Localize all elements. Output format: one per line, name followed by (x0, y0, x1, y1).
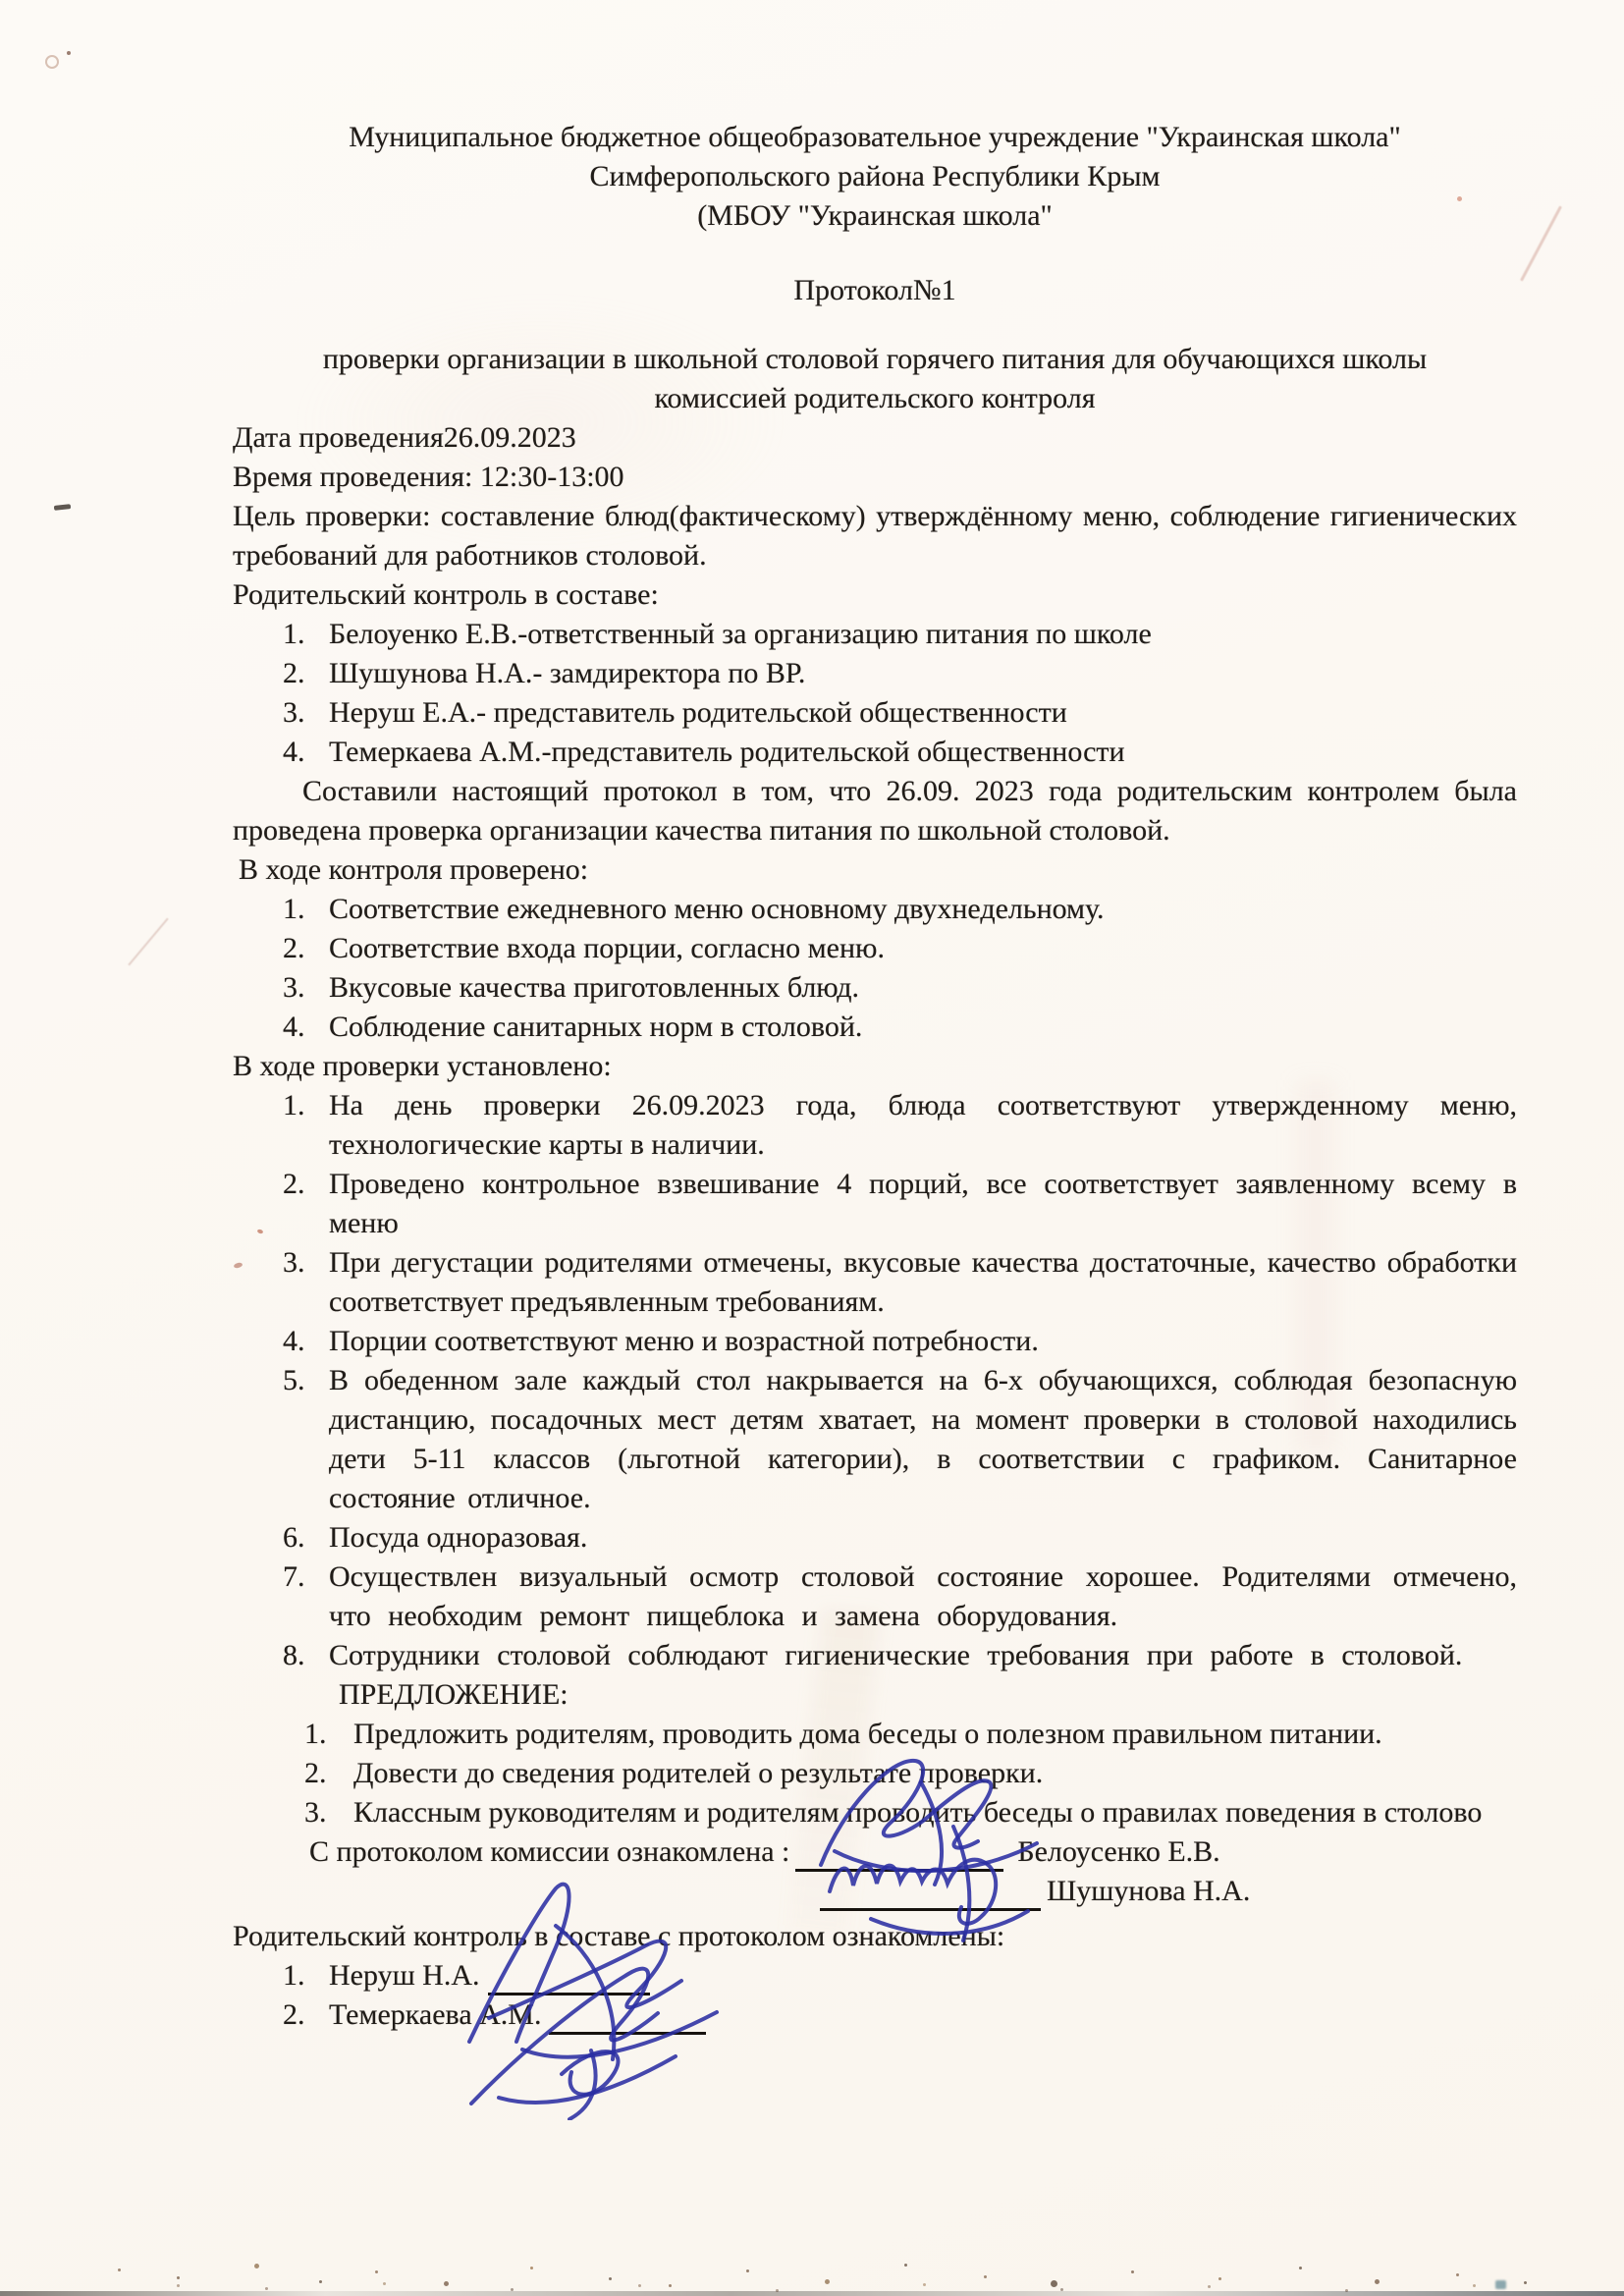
acknowledgement-row: С протоколом комиссии ознакомлена : Бело… (233, 1832, 1517, 1872)
established-item: 7. Осуществлен визуальный осмотр столово… (233, 1558, 1517, 1636)
established-text: Осуществлен визуальный осмотр столовой с… (329, 1558, 1517, 1636)
list-number: 1. (283, 890, 329, 929)
list-number: 7. (283, 1558, 329, 1597)
scan-bottom-edge (0, 2291, 1624, 2296)
committee-item: 3. Неруш Е.А.- представитель родительско… (233, 693, 1517, 733)
established-text: В обеденном зале каждый стол накрывается… (329, 1361, 1517, 1518)
signature-line (488, 1962, 650, 1995)
list-number: 6. (283, 1518, 329, 1558)
list-number: 4. (283, 1008, 329, 1047)
checked-text: Соблюдение санитарных норм в столовой. (329, 1008, 1517, 1047)
list-number: 1. (304, 1715, 353, 1754)
list-number: 5. (283, 1361, 329, 1400)
list-number: 1. (283, 615, 329, 654)
established-item: 1. На день проверки 26.09.2023 года, блю… (233, 1086, 1517, 1165)
proposal-text: Классным руководителям и родителям прово… (353, 1793, 1517, 1832)
list-number: 4. (283, 1322, 329, 1361)
proposal-text: Предложить родителям, проводить дома бес… (353, 1715, 1517, 1754)
list-number: 8. (283, 1636, 329, 1675)
established-text: Проведено контрольное взвешивание 4 порц… (329, 1165, 1517, 1243)
org-abbr-line: (МБОУ "Украинская школа" (233, 196, 1517, 236)
protocol-subtitle-line1: проверки организации в школьной столовой… (233, 340, 1517, 379)
list-number: 2. (283, 654, 329, 693)
established-item: 8. Сотрудники столовой соблюдают гигиени… (233, 1636, 1517, 1675)
scan-speckles (118, 2269, 121, 2271)
scan-dash-mark (54, 504, 71, 511)
established-item: 3. При дегустации родителями отмечены, в… (233, 1243, 1517, 1322)
committee-member: Неруш Е.А.- представитель родительской о… (329, 693, 1517, 733)
committee-member: Темеркаева А.М.-представитель родительск… (329, 733, 1517, 772)
list-number: 2. (283, 929, 329, 968)
list-number: 2. (283, 1165, 329, 1204)
established-text: При дегустации родителями отмечены, вкус… (329, 1243, 1517, 1322)
checked-text: Вкусовые качества приготовленных блюд. (329, 968, 1517, 1008)
list-number: 2. (283, 1995, 329, 2035)
scan-dot-mark (67, 51, 71, 55)
proposal-text: Довести до сведения родителей о результа… (353, 1754, 1517, 1793)
protocol-title: Протокол№1 (233, 271, 1517, 310)
list-number: 4. (283, 733, 329, 772)
checked-item: 3. Вкусовые качества приготовленных блюд… (233, 968, 1517, 1008)
parents-ack-heading: Родительский контроль в составе с проток… (233, 1917, 1517, 1956)
time-line: Время проведения: 12:30-13:00 (233, 458, 1517, 497)
scanned-document-page: Муниципальное бюджетное общеобразователь… (0, 0, 1624, 2296)
signature-line (820, 1878, 1041, 1911)
proposal-item: 2. Довести до сведения родителей о резул… (233, 1754, 1517, 1793)
scan-speck (1495, 2280, 1506, 2289)
checked-item: 2. Соответствие входа порции, согласно м… (233, 929, 1517, 968)
signature-section: С протоколом комиссии ознакомлена : Бело… (233, 1832, 1517, 2035)
composed-paragraph: Составили настоящий протокол в том, что … (233, 772, 1517, 850)
list-number: 1. (283, 1956, 329, 1995)
committee-member: Белоуенко Е.В.-ответственный за организа… (329, 615, 1517, 654)
checked-text: Соответствие входа порции, согласно меню… (329, 929, 1517, 968)
checked-text: Соответствие ежедневного меню основному … (329, 890, 1517, 929)
proposal-item: 1. Предложить родителям, проводить дома … (233, 1715, 1517, 1754)
protocol-subtitle-line2: комиссией родительского контроля (233, 379, 1517, 418)
date-line: Дата проведения26.09.2023 (233, 418, 1517, 458)
parents-ack-item: 2. Темеркаева А.М. (233, 1995, 1517, 2035)
established-text: На день проверки 26.09.2023 года, блюда … (329, 1086, 1517, 1165)
committee-item: 4. Темеркаева А.М.-представитель родител… (233, 733, 1517, 772)
established-item: 6. Посуда одноразовая. (233, 1518, 1517, 1558)
purpose-paragraph: Цель проверки: составление блюд(фактичес… (233, 497, 1517, 575)
parents-ack-item: 1. Неруш Н.А. (233, 1956, 1517, 1995)
scan-scratch (1520, 205, 1562, 281)
committee-item: 2. Шушунова Н.А.- замдиректора по ВР. (233, 654, 1517, 693)
established-text: Посуда одноразовая. (329, 1518, 1517, 1558)
scan-scratch (128, 918, 168, 966)
parent-name: Неруш Н.А. (329, 1956, 480, 1995)
established-text: Сотрудники столовой соблюдают гигиеничес… (329, 1636, 1517, 1675)
established-text: Порции соответствуют меню и возрастной п… (329, 1322, 1517, 1361)
established-item: 4. Порции соответствуют меню и возрастно… (233, 1322, 1517, 1361)
scan-speckles (177, 2284, 180, 2287)
committee-item: 1. Белоуенко Е.В.-ответственный за орган… (233, 615, 1517, 654)
list-number: 3. (283, 693, 329, 733)
list-number: 3. (283, 1243, 329, 1283)
acknowledgement-label: С протоколом комиссии ознакомлена : (309, 1832, 789, 1872)
list-number: 1. (283, 1086, 329, 1125)
proposal-item: 3. Классным руководителям и родителям пр… (233, 1793, 1517, 1832)
list-number: 3. (283, 968, 329, 1008)
established-item: 5. В обеденном зале каждый стол накрывае… (233, 1361, 1517, 1518)
signer-name: Шушунова Н.А. (1047, 1872, 1250, 1911)
signer-name: Белоусенко Е.В. (1017, 1832, 1219, 1872)
checked-item: 4. Соблюдение санитарных норм в столовой… (233, 1008, 1517, 1047)
committee-member: Шушунова Н.А.- замдиректора по ВР. (329, 654, 1517, 693)
list-number: 2. (304, 1754, 353, 1793)
list-number: 3. (304, 1793, 353, 1832)
org-district-line: Симферопольского района Республики Крым (233, 157, 1517, 196)
committee-heading: Родительский контроль в составе: (233, 575, 1517, 615)
checked-heading: В ходе контроля проверено: (233, 850, 1517, 890)
established-item: 2. Проведено контрольное взвешивание 4 п… (233, 1165, 1517, 1243)
parent-name: Темеркаева А.М. (329, 1995, 541, 2035)
checked-item: 1. Соответствие ежедневного меню основно… (233, 890, 1517, 929)
scan-ring-mark (45, 55, 59, 69)
signature-line (549, 2001, 706, 2035)
proposal-heading: ПРЕДЛОЖЕНИЕ: (233, 1675, 1517, 1715)
document-body: Муниципальное бюджетное общеобразователь… (233, 118, 1517, 2035)
acknowledgement-row: Шушунова Н.А. (233, 1872, 1517, 1911)
signature-line (795, 1838, 1003, 1872)
org-name-line: Муниципальное бюджетное общеобразователь… (233, 118, 1517, 157)
established-heading: В ходе проверки установлено: (233, 1047, 1517, 1086)
